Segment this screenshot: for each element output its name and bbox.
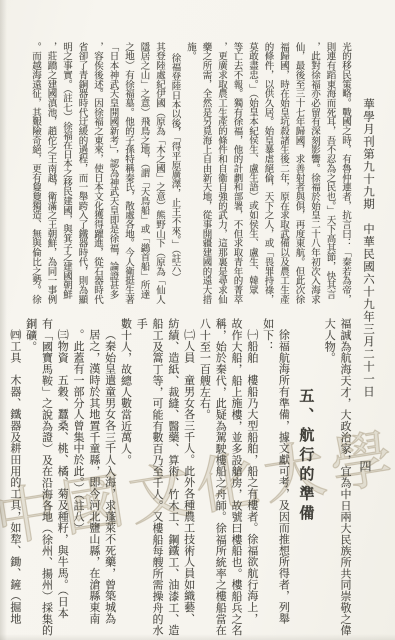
text-column-list-item: ㈢物資 五穀、蠶桑、桃、橘、菊及種籽，與牛馬。（日本 [53, 318, 69, 640]
text-column-list-item: ㈠船舶 樓船乃大型船舶，船之有樓者。徐福欲航行海上， [243, 318, 259, 640]
text-column: 明之事實。（註七）徐福在日本之移民建國，與箕子之建國朝鮮 [58, 42, 74, 314]
text-column-quote: 。此蓋有一部分人曾集中於此。）（註八） [69, 318, 85, 640]
text-column: 銅礦。 [22, 318, 38, 640]
text-column: 施。 [182, 42, 198, 314]
bottom-text-band: 福誠為航海天才，大政治家，宜為中日兩大民族所共同崇敬之偉 大人物。 五、航行的準… [6, 318, 352, 640]
text-column-quote: 居之，漢時於其地置千童縣，即今河北鹽山縣，在滄縣東南 [85, 318, 101, 640]
text-column: ，容俟後述。因徐福之東來，使日本文化獲得躍進，從石器時代 [89, 42, 105, 314]
text-column: 大人物。 [320, 318, 336, 640]
text-column-list-item: ㈡人員 童男女各三千人。此外各種農工技術人員如織藝、 [180, 318, 196, 640]
text-column: 藥之所需，全然是另覓海上自由新天地，從事開疆建國的遠大措 [197, 42, 213, 314]
text-column: 之地）有徐福墓。他的子孫特稱秦氏，散處各地。今人衛挺生著 [120, 42, 136, 314]
text-column: 故作大船，船上施樓，並多設艙房，故號曰樓船也。樓船兵之名 [227, 318, 243, 640]
text-column-list-item: ㈣工具 木器、鐵器及耕田用的工具，如犂、鋤、鏟（掘地 [6, 318, 22, 640]
text-column-paragraph-start: 徐福航海所有準備，據文獻可考，及因而推想所得者，列舉 [275, 318, 291, 640]
text-column-paragraph-start: 徐福登陸日本以後，「得平原廣澤，止王不來。」（註六） [166, 42, 182, 314]
text-column: 。而越海遠征，其艱險奇絕，更有敻敻獨造、無與倫比之勢。徐 [27, 42, 43, 314]
text-column: 如下： [259, 318, 275, 640]
text-column: 福誠為航海天才，大政治家，宜為中日兩大民族所共同崇敬之偉 [336, 318, 352, 640]
text-column: 稱，始於秦代，此疑為駕駛樓船之舟師。徐福所統率之樓船當在 [211, 318, 227, 640]
text-column: ，此對徐福亦必留有深刻影響。徐福於始皇二十八年初次入海求 [306, 42, 322, 314]
text-column: 「日本神武天皇開國新考」，認為神武天皇即是徐福，論證甚多 [104, 42, 120, 314]
text-column: 有「國寶馬鞍」之說為證）及在沿海各地（徐州、揚州）採集的 [38, 318, 54, 640]
text-column: 其登陸處紀伊國（原為「木之國」之意）熊野山下（原為「仙人 [151, 42, 167, 314]
text-column: 數十人，故總人數當近萬人。 [117, 318, 133, 640]
text-column-quote: （秦始皇遣童男女各三千人入海，求蓬萊不死藥，曾築城為 [101, 318, 117, 640]
top-text-band: 光的移民策略。戰國之時，有魯仲連者，抗言曰：「秦若為帝， 則連有蹈東海而死耳，吾… [27, 42, 353, 314]
text-column: 仙，最後至三十七年歸國，求善射者與俱，再度東航。但此次徐 [290, 42, 306, 314]
text-column: 則連有蹈東海而死耳，吾不忍為之民也。」天下高其節，快其言 [321, 42, 337, 314]
text-column: 光的移民策略。戰國之時，有魯仲連者，抗言曰：「秦若為帝， [337, 42, 353, 314]
text-column: 隱居之山」之意）飛鳥之地，（謂「天鳥船」或「鷁首船」所達 [135, 42, 151, 314]
section-heading: 五、航行的準備 [290, 318, 320, 640]
text-column: 八十至一百艘左右。 [196, 318, 212, 640]
text-column: 莫敢盡忠。」（始皇本紀侯生、盧生語）或如侯生、盧生、韓眾 [244, 42, 260, 314]
text-column: 的條件，以供久居。始皇暴虐絕倫，天下之人，或「畏罪持祿， [259, 42, 275, 314]
page-number: 四 [358, 460, 372, 472]
text-column: 省卻了青銅器時代迂緩的過程，而一舉跨入了鐵器時代，則為顯 [73, 42, 89, 314]
scanned-journal-page: 中國文化大學 華學月刊第九十九期 中華民國六十九年三月二十一日 四 光的移民策略… [0, 0, 395, 640]
text-column: 船工及篙丁等，可能有數百乃至千人。又樓船每艘所需操舟的水手 [132, 318, 164, 640]
text-column: 福歸國，時在始皇坑殺諸生後二年，原在求取武備以及農工生產 [275, 42, 291, 314]
text-column: 等亡去不報。獨有徐福，他的計劃和部署，不但求取青年的菁萃 [228, 42, 244, 314]
text-column: ，更廣求取農工生產的條件和自衞自強的武力，這那裏是尋求仙 [213, 42, 229, 314]
text-column: 紡績、造紙、裁縫、醫藥、算術、竹木工、鋼鐵工、油漆工、造 [164, 318, 180, 640]
journal-header: 華學月刊第九十九期 中華民國六十九年三月二十一日 [360, 98, 375, 418]
text-column: ，莊蹻之建國滇池，趙佗之王南越，衛滿之王朝鮮，為同一事例 [42, 42, 58, 314]
